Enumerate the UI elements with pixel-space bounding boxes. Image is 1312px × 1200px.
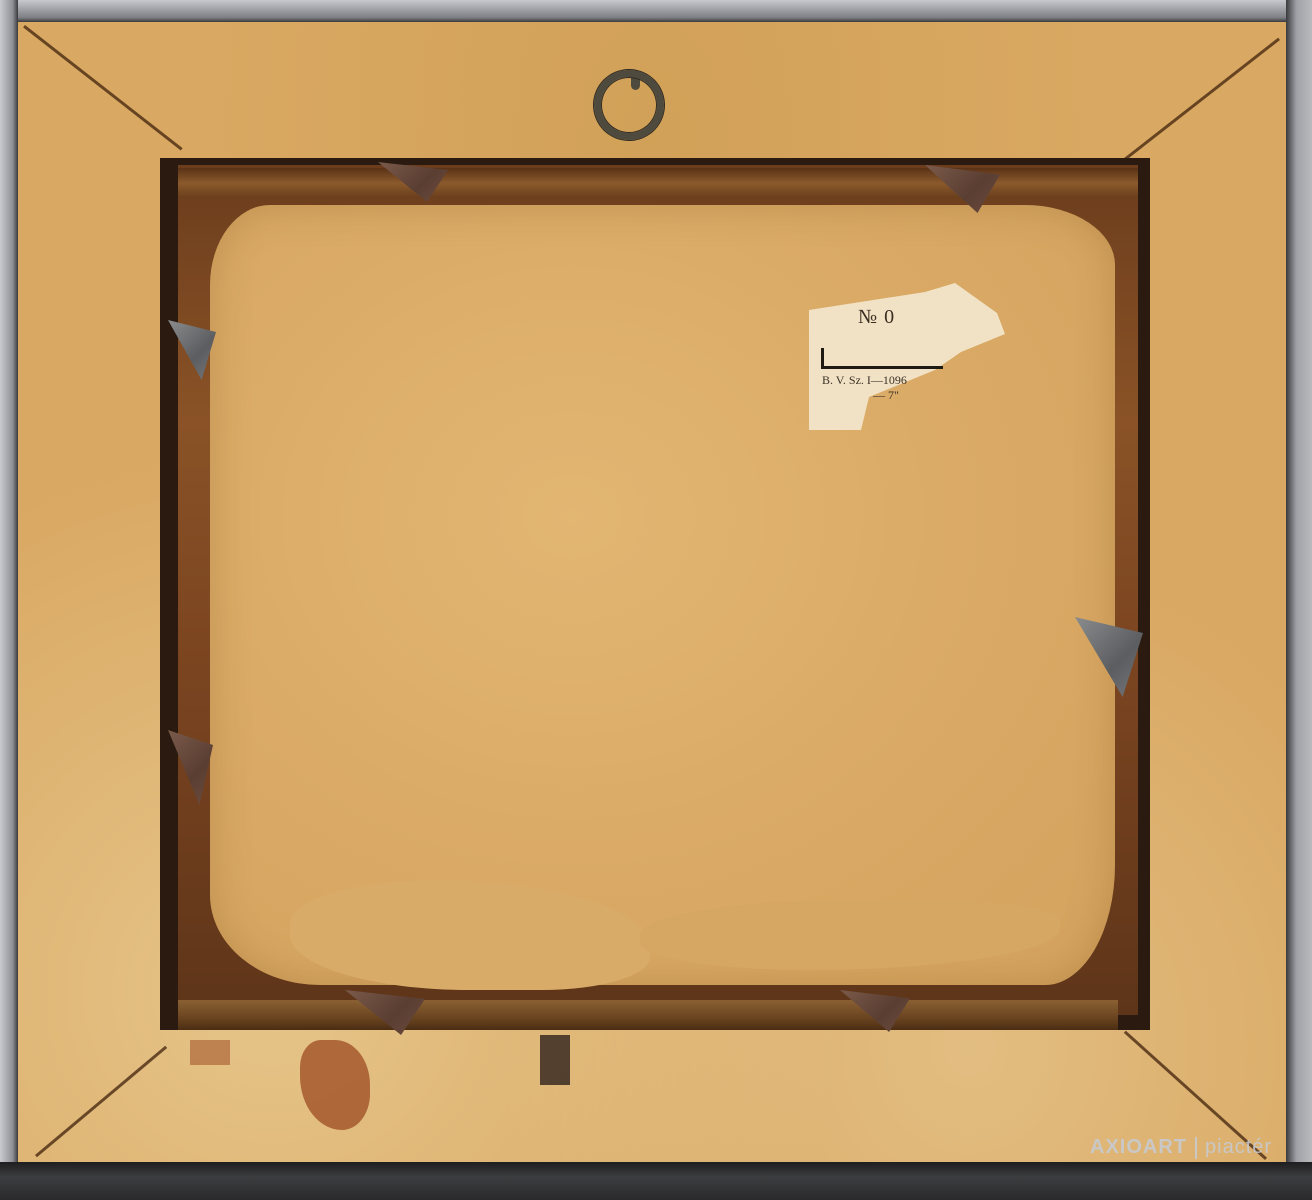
frame-edge-left (0, 0, 18, 1200)
stretcher-bottom-bar (178, 1000, 1118, 1030)
watermark: AXIOART piactér (1090, 1136, 1272, 1159)
watermark-separator (1195, 1137, 1197, 1159)
watermark-brand: AXIOART (1090, 1136, 1187, 1159)
label-text-line1: B. V. Sz. I—1096 (822, 373, 907, 388)
frame-edge-top (0, 0, 1312, 22)
label-text-line2: — 7" (873, 388, 899, 403)
paper-loss (190, 1040, 230, 1065)
watermark-sub: piactér (1205, 1136, 1272, 1159)
label-rule (823, 366, 943, 369)
frame-edge-right (1286, 0, 1312, 1200)
paper-loss (540, 1035, 570, 1085)
hanger-ring-icon (594, 70, 664, 140)
label-number-mark: № 0 (858, 306, 895, 329)
frame-edge-bottom (0, 1162, 1312, 1200)
